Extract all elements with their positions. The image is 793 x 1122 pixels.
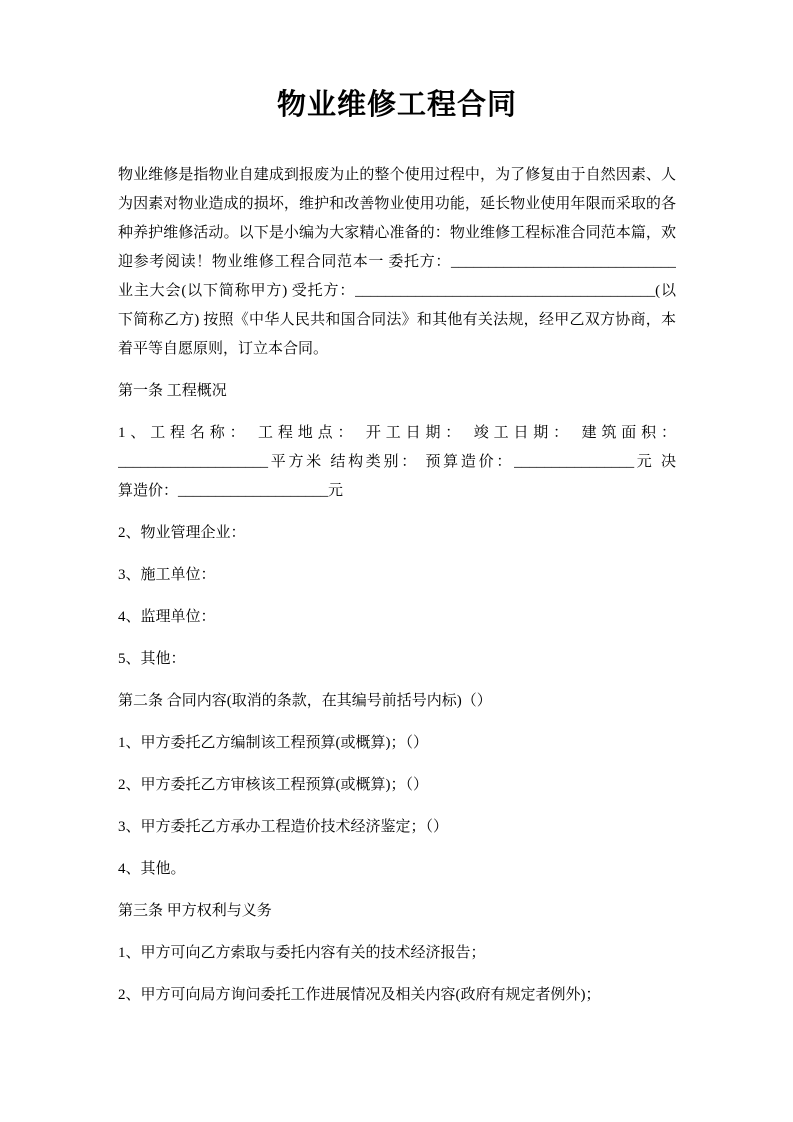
- intro-line-client-blank: 迎参考阅读！物业维修工程合同范本一 委托方：__________________…: [118, 248, 676, 277]
- clause-cost-appraisal: 3、甲方委托乙方承办工程造价技术经济鉴定；（）: [118, 813, 676, 842]
- clause-party-a-right-2: 2、甲方可向局方询问委托工作进展情况及相关内容(政府有规定者例外)；: [118, 981, 676, 1010]
- intro-line-trustee-blank: 业主大会(以下简称甲方) 受托方：_______________________…: [118, 277, 676, 306]
- intro-paragraph: 物业维修是指物业自建成到报废为止的整个使用过程中，为了修复由于自然因素、人 为因…: [118, 161, 676, 364]
- clause-line: 1、工程名称： 工程地点： 开工日期： 竣工日期： 建筑面积：: [118, 419, 676, 448]
- intro-line: 下简称乙方) 按照《中华人民共和国合同法》和其他有关法规，经甲乙双方协商，本: [118, 306, 676, 335]
- intro-line: 种养护维修活动。以下是小编为大家精心准备的：物业维修工程标准合同范本篇，欢: [118, 219, 676, 248]
- intro-line: 着平等自愿原则，订立本合同。: [118, 335, 676, 364]
- clause-line: 3、施工单位：: [118, 561, 676, 590]
- clause-line: 5、其他：: [118, 645, 676, 674]
- clause-line: 2、甲方委托乙方审核该工程预算(或概算)；（）: [118, 771, 676, 800]
- clause-line: 2、物业管理企业：: [118, 519, 676, 548]
- section-1-heading: 第一条 工程概况: [118, 377, 676, 406]
- clause-line: 3、甲方委托乙方承办工程造价技术经济鉴定；（）: [118, 813, 676, 842]
- section-3-heading: 第三条 甲方权利与义务: [118, 897, 676, 926]
- document-title: 物业维修工程合同: [118, 88, 676, 123]
- clause-other: 5、其他：: [118, 645, 676, 674]
- section-heading-text: 第三条 甲方权利与义务: [118, 897, 676, 926]
- clause-construction-unit: 3、施工单位：: [118, 561, 676, 590]
- clause-budget-review: 2、甲方委托乙方审核该工程预算(或概算)；（）: [118, 771, 676, 800]
- clause-line: 1、甲方委托乙方编制该工程预算(或概算)；（）: [118, 729, 676, 758]
- section-heading-text: 第一条 工程概况: [118, 377, 676, 406]
- section-2-heading: 第二条 合同内容(取消的条款，在其编号前括号内标)（）: [118, 687, 676, 716]
- clause-supervision-unit: 4、监理单位：: [118, 603, 676, 632]
- clause-line: 4、其他。: [118, 855, 676, 884]
- clause-line: 4、监理单位：: [118, 603, 676, 632]
- clause-party-a-right-1: 1、甲方可向乙方索取与委托内容有关的技术经济报告；: [118, 939, 676, 968]
- clause-line: 2、甲方可向局方询问委托工作进展情况及相关内容(政府有规定者例外)；: [118, 981, 676, 1010]
- clause-property-company: 2、物业管理企业：: [118, 519, 676, 548]
- clause-line-blanks: ____________________平方米 结构类别： 预算造价：_____…: [118, 448, 676, 477]
- clause-line: 1、甲方可向乙方索取与委托内容有关的技术经济报告；: [118, 939, 676, 968]
- intro-line: 物业维修是指物业自建成到报废为止的整个使用过程中，为了修复由于自然因素、人: [118, 161, 676, 190]
- clause-project-info: 1、工程名称： 工程地点： 开工日期： 竣工日期： 建筑面积： ________…: [118, 419, 676, 506]
- clause-other-2: 4、其他。: [118, 855, 676, 884]
- clause-line-blanks: 算造价：____________________元: [118, 477, 676, 506]
- clause-budget-compile: 1、甲方委托乙方编制该工程预算(或概算)；（）: [118, 729, 676, 758]
- intro-line: 为因素对物业造成的损坏，维护和改善物业使用功能，延长物业使用年限而采取的各: [118, 190, 676, 219]
- contract-document-page: 物业维修工程合同 物业维修是指物业自建成到报废为止的整个使用过程中，为了修复由于…: [0, 0, 793, 1122]
- section-heading-text: 第二条 合同内容(取消的条款，在其编号前括号内标)（）: [118, 687, 676, 716]
